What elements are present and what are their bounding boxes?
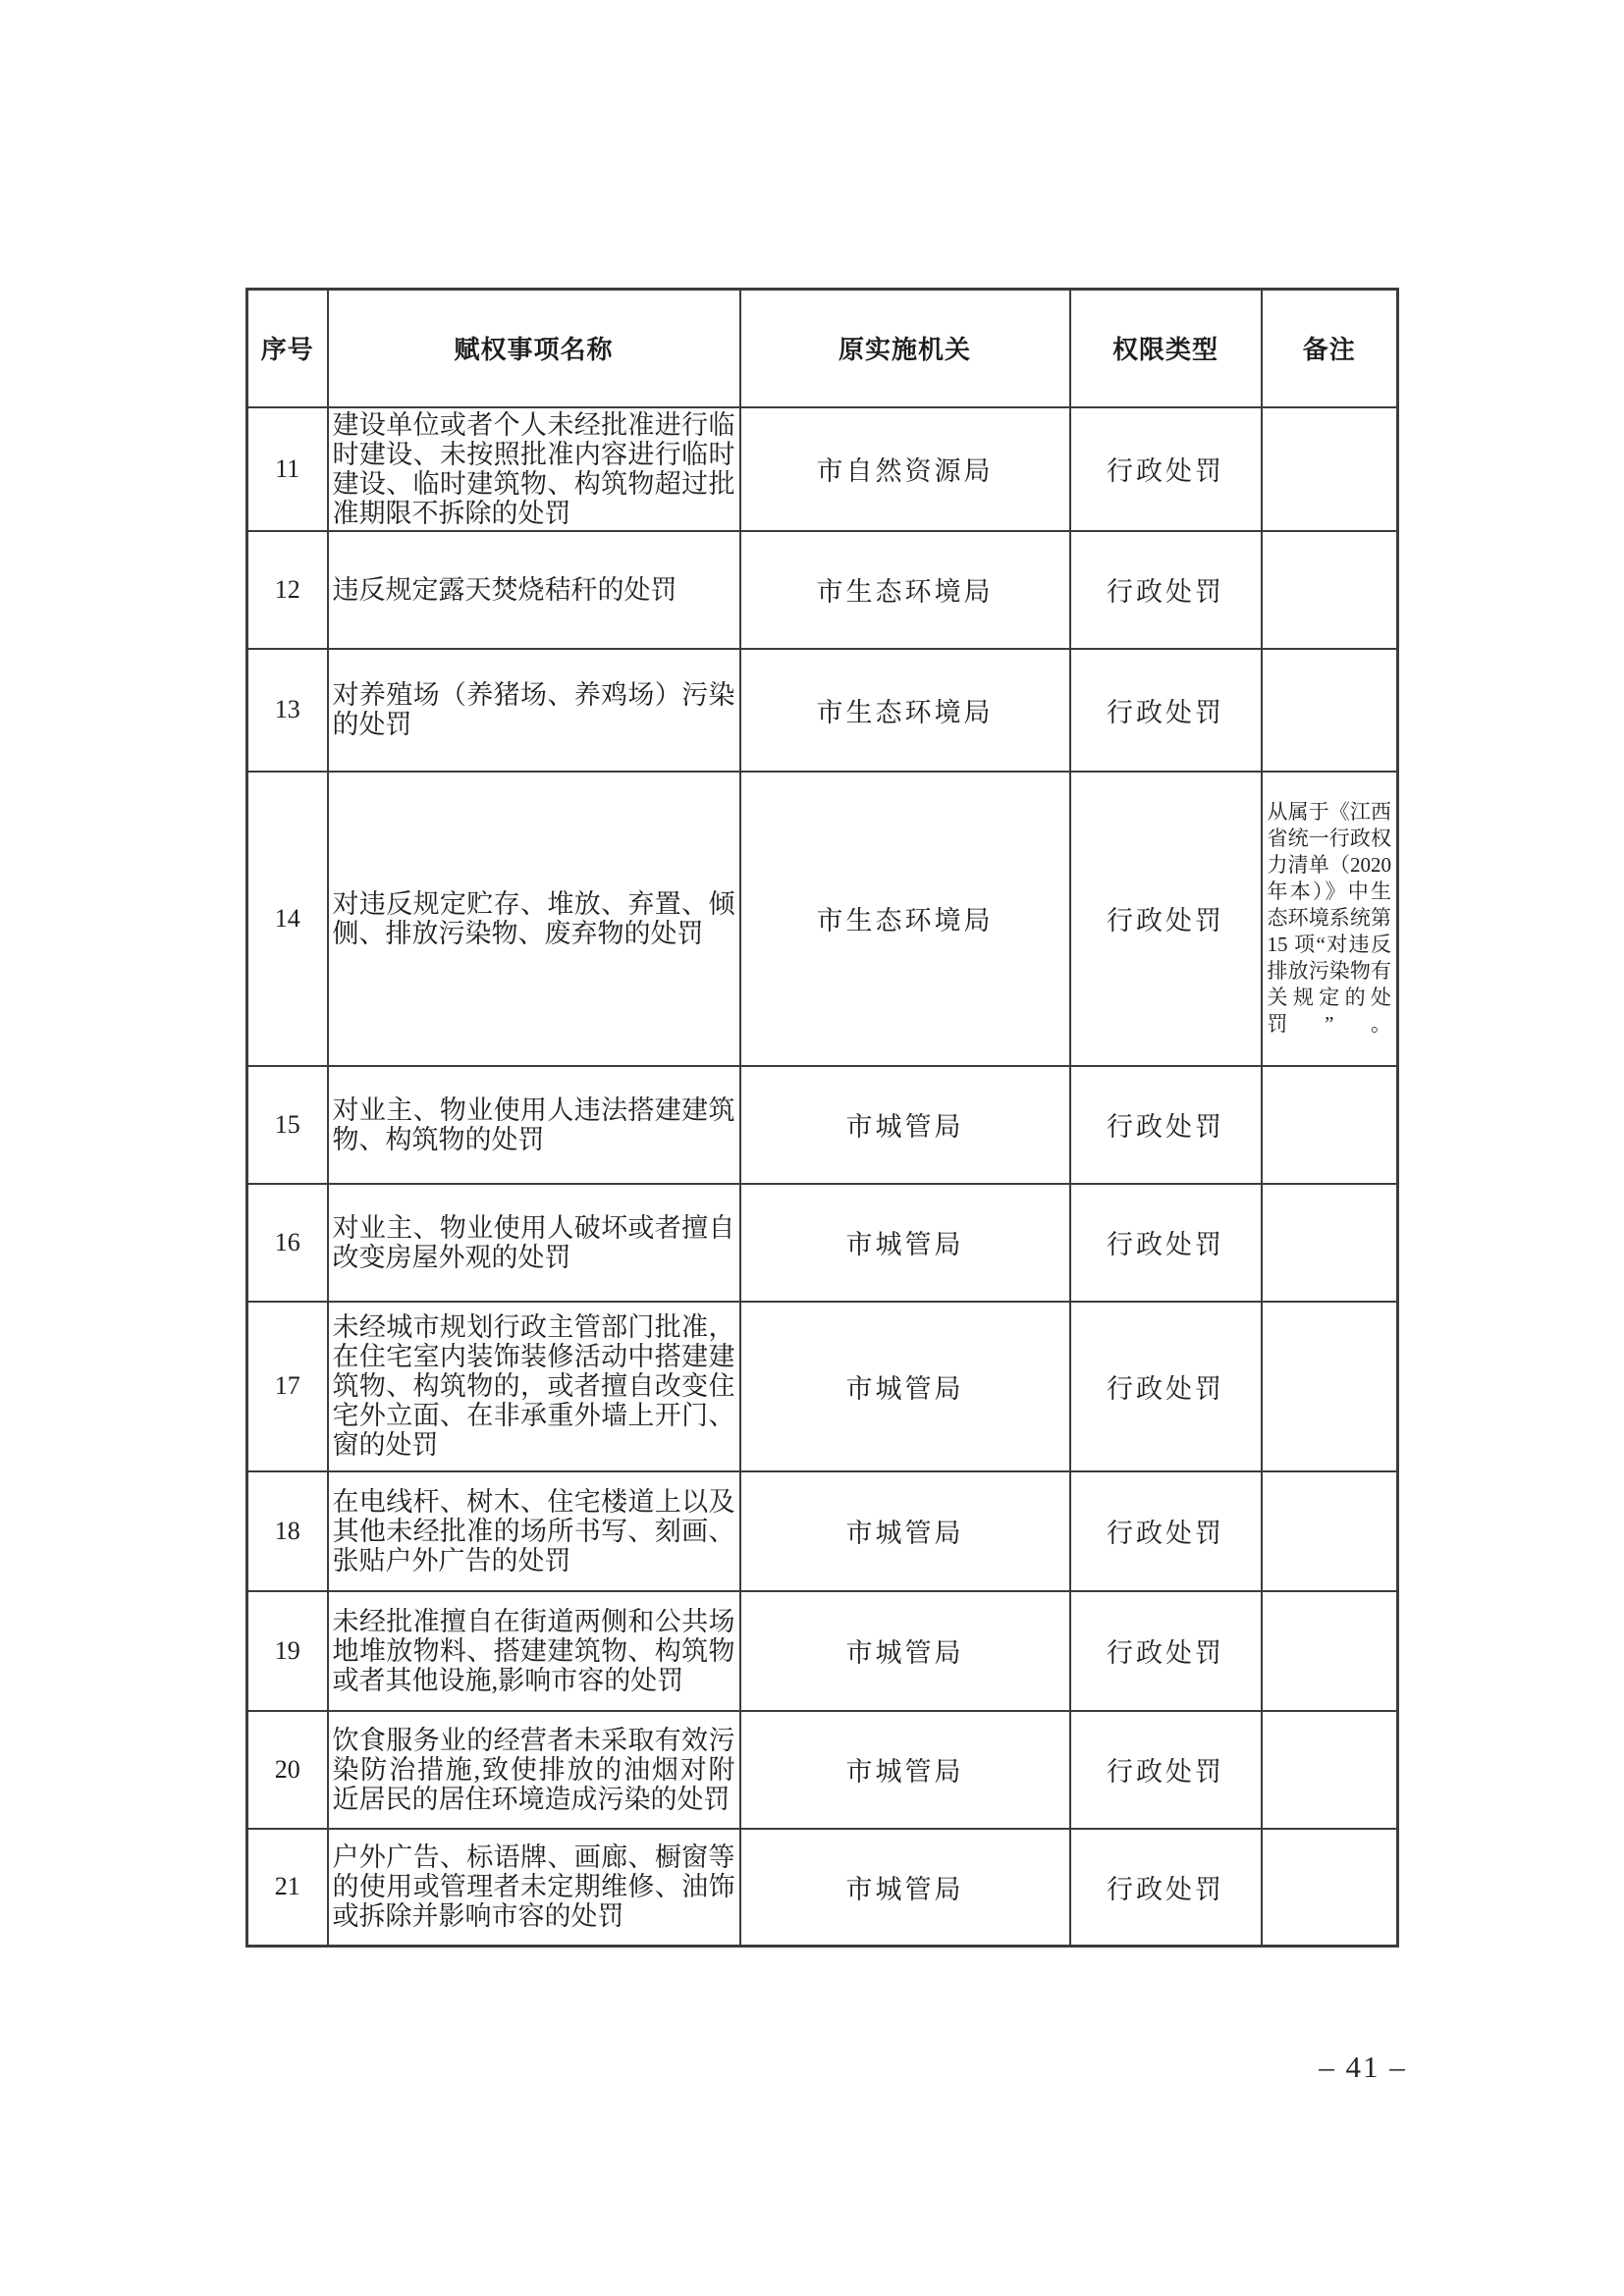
cell-authority-type: 行政处罚 — [1070, 407, 1262, 531]
cell-authority-type: 行政处罚 — [1070, 649, 1262, 772]
cell-agency: 市城管局 — [740, 1066, 1070, 1184]
header-cell-serial: 序号 — [247, 290, 328, 407]
cell-serial: 21 — [247, 1829, 328, 1947]
cell-remark — [1262, 1184, 1398, 1302]
cell-authority-type: 行政处罚 — [1070, 1591, 1262, 1711]
table-row: 12 违反规定露天焚烧秸秆的处罚 市生态环境局 行政处罚 — [247, 531, 1398, 649]
header-cell-item: 赋权事项名称 — [328, 290, 740, 407]
cell-remark — [1262, 649, 1398, 772]
cell-item: 户外广告、标语牌、画廊、橱窗等的使用或管理者未定期维修、油饰或拆除并影响市容的处… — [328, 1829, 740, 1947]
table-row: 14 对违反规定贮存、堆放、弃置、倾侧、排放污染物、废弃物的处罚 市生态环境局 … — [247, 772, 1398, 1066]
cell-item: 对业主、物业使用人违法搭建建筑物、构筑物的处罚 — [328, 1066, 740, 1184]
cell-item: 对养殖场（养猪场、养鸡场）污染的处罚 — [328, 649, 740, 772]
cell-authority-type: 行政处罚 — [1070, 1711, 1262, 1829]
table-row: 13 对养殖场（养猪场、养鸡场）污染的处罚 市生态环境局 行政处罚 — [247, 649, 1398, 772]
cell-authority-type: 行政处罚 — [1070, 1471, 1262, 1591]
cell-remark — [1262, 407, 1398, 531]
cell-remark — [1262, 1302, 1398, 1471]
header-cell-authority-type: 权限类型 — [1070, 290, 1262, 407]
table-row: 16 对业主、物业使用人破坏或者擅自改变房屋外观的处罚 市城管局 行政处罚 — [247, 1184, 1398, 1302]
page-number: – 41 – — [1265, 2050, 1461, 2085]
cell-remark — [1262, 1591, 1398, 1711]
cell-agency: 市生态环境局 — [740, 531, 1070, 649]
cell-item: 对违反规定贮存、堆放、弃置、倾侧、排放污染物、废弃物的处罚 — [328, 772, 740, 1066]
cell-serial: 14 — [247, 772, 328, 1066]
cell-authority-type: 行政处罚 — [1070, 1066, 1262, 1184]
cell-serial: 19 — [247, 1591, 328, 1711]
cell-agency: 市城管局 — [740, 1829, 1070, 1947]
cell-agency: 市城管局 — [740, 1302, 1070, 1471]
cell-agency: 市自然资源局 — [740, 407, 1070, 531]
cell-serial: 16 — [247, 1184, 328, 1302]
cell-authority-type: 行政处罚 — [1070, 1302, 1262, 1471]
cell-agency: 市城管局 — [740, 1591, 1070, 1711]
cell-agency: 市生态环境局 — [740, 772, 1070, 1066]
table-row: 21 户外广告、标语牌、画廊、橱窗等的使用或管理者未定期维修、油饰或拆除并影响市… — [247, 1829, 1398, 1947]
delegated-items-table: 序号 赋权事项名称 原实施机关 权限类型 备注 11 建设单位或者个人未经批准进… — [245, 288, 1399, 1948]
cell-authority-type: 行政处罚 — [1070, 531, 1262, 649]
cell-agency: 市城管局 — [740, 1711, 1070, 1829]
cell-authority-type: 行政处罚 — [1070, 772, 1262, 1066]
cell-serial: 20 — [247, 1711, 328, 1829]
table-row: 17 未经城市规划行政主管部门批准，在住宅室内装饰装修活动中搭建建筑物、构筑物的… — [247, 1302, 1398, 1471]
cell-serial: 18 — [247, 1471, 328, 1591]
cell-remark — [1262, 1471, 1398, 1591]
cell-authority-type: 行政处罚 — [1070, 1829, 1262, 1947]
table-row: 11 建设单位或者个人未经批准进行临时建设、未按照批准内容进行临时建设、临时建筑… — [247, 407, 1398, 531]
cell-agency: 市生态环境局 — [740, 649, 1070, 772]
cell-remark — [1262, 1711, 1398, 1829]
table-row: 15 对业主、物业使用人违法搭建建筑物、构筑物的处罚 市城管局 行政处罚 — [247, 1066, 1398, 1184]
table-row: 20 饮食服务业的经营者未采取有效污染防治措施,致使排放的油烟对附近居民的居住环… — [247, 1711, 1398, 1829]
cell-item: 建设单位或者个人未经批准进行临时建设、未按照批准内容进行临时建设、临时建筑物、构… — [328, 407, 740, 531]
cell-agency: 市城管局 — [740, 1184, 1070, 1302]
cell-remark — [1262, 531, 1398, 649]
cell-serial: 17 — [247, 1302, 328, 1471]
cell-serial: 12 — [247, 531, 328, 649]
table-header-row: 序号 赋权事项名称 原实施机关 权限类型 备注 — [247, 290, 1398, 407]
cell-item: 违反规定露天焚烧秸秆的处罚 — [328, 531, 740, 649]
header-cell-agency: 原实施机关 — [740, 290, 1070, 407]
cell-serial: 11 — [247, 407, 328, 531]
table-row: 19 未经批准擅自在街道两侧和公共场地堆放物料、搭建建筑物、构筑物或者其他设施,… — [247, 1591, 1398, 1711]
cell-item: 对业主、物业使用人破坏或者擅自改变房屋外观的处罚 — [328, 1184, 740, 1302]
header-cell-remark: 备注 — [1262, 290, 1398, 407]
cell-serial: 13 — [247, 649, 328, 772]
cell-item: 未经城市规划行政主管部门批准，在住宅室内装饰装修活动中搭建建筑物、构筑物的，或者… — [328, 1302, 740, 1471]
document-page: 序号 赋权事项名称 原实施机关 权限类型 备注 11 建设单位或者个人未经批准进… — [0, 0, 1624, 2296]
cell-agency: 市城管局 — [740, 1471, 1070, 1591]
cell-item: 在电线杆、树木、住宅楼道上以及其他未经批准的场所书写、刻画、张贴户外广告的处罚 — [328, 1471, 740, 1591]
cell-remark — [1262, 1066, 1398, 1184]
cell-item: 饮食服务业的经营者未采取有效污染防治措施,致使排放的油烟对附近居民的居住环境造成… — [328, 1711, 740, 1829]
cell-remark — [1262, 1829, 1398, 1947]
cell-item: 未经批准擅自在街道两侧和公共场地堆放物料、搭建建筑物、构筑物或者其他设施,影响市… — [328, 1591, 740, 1711]
table-row: 18 在电线杆、树木、住宅楼道上以及其他未经批准的场所书写、刻画、张贴户外广告的… — [247, 1471, 1398, 1591]
cell-serial: 15 — [247, 1066, 328, 1184]
cell-authority-type: 行政处罚 — [1070, 1184, 1262, 1302]
cell-remark: 从属于《江西省统一行政权力清单（2020 年本）》中生态环境系统第 15 项“对… — [1262, 772, 1398, 1066]
